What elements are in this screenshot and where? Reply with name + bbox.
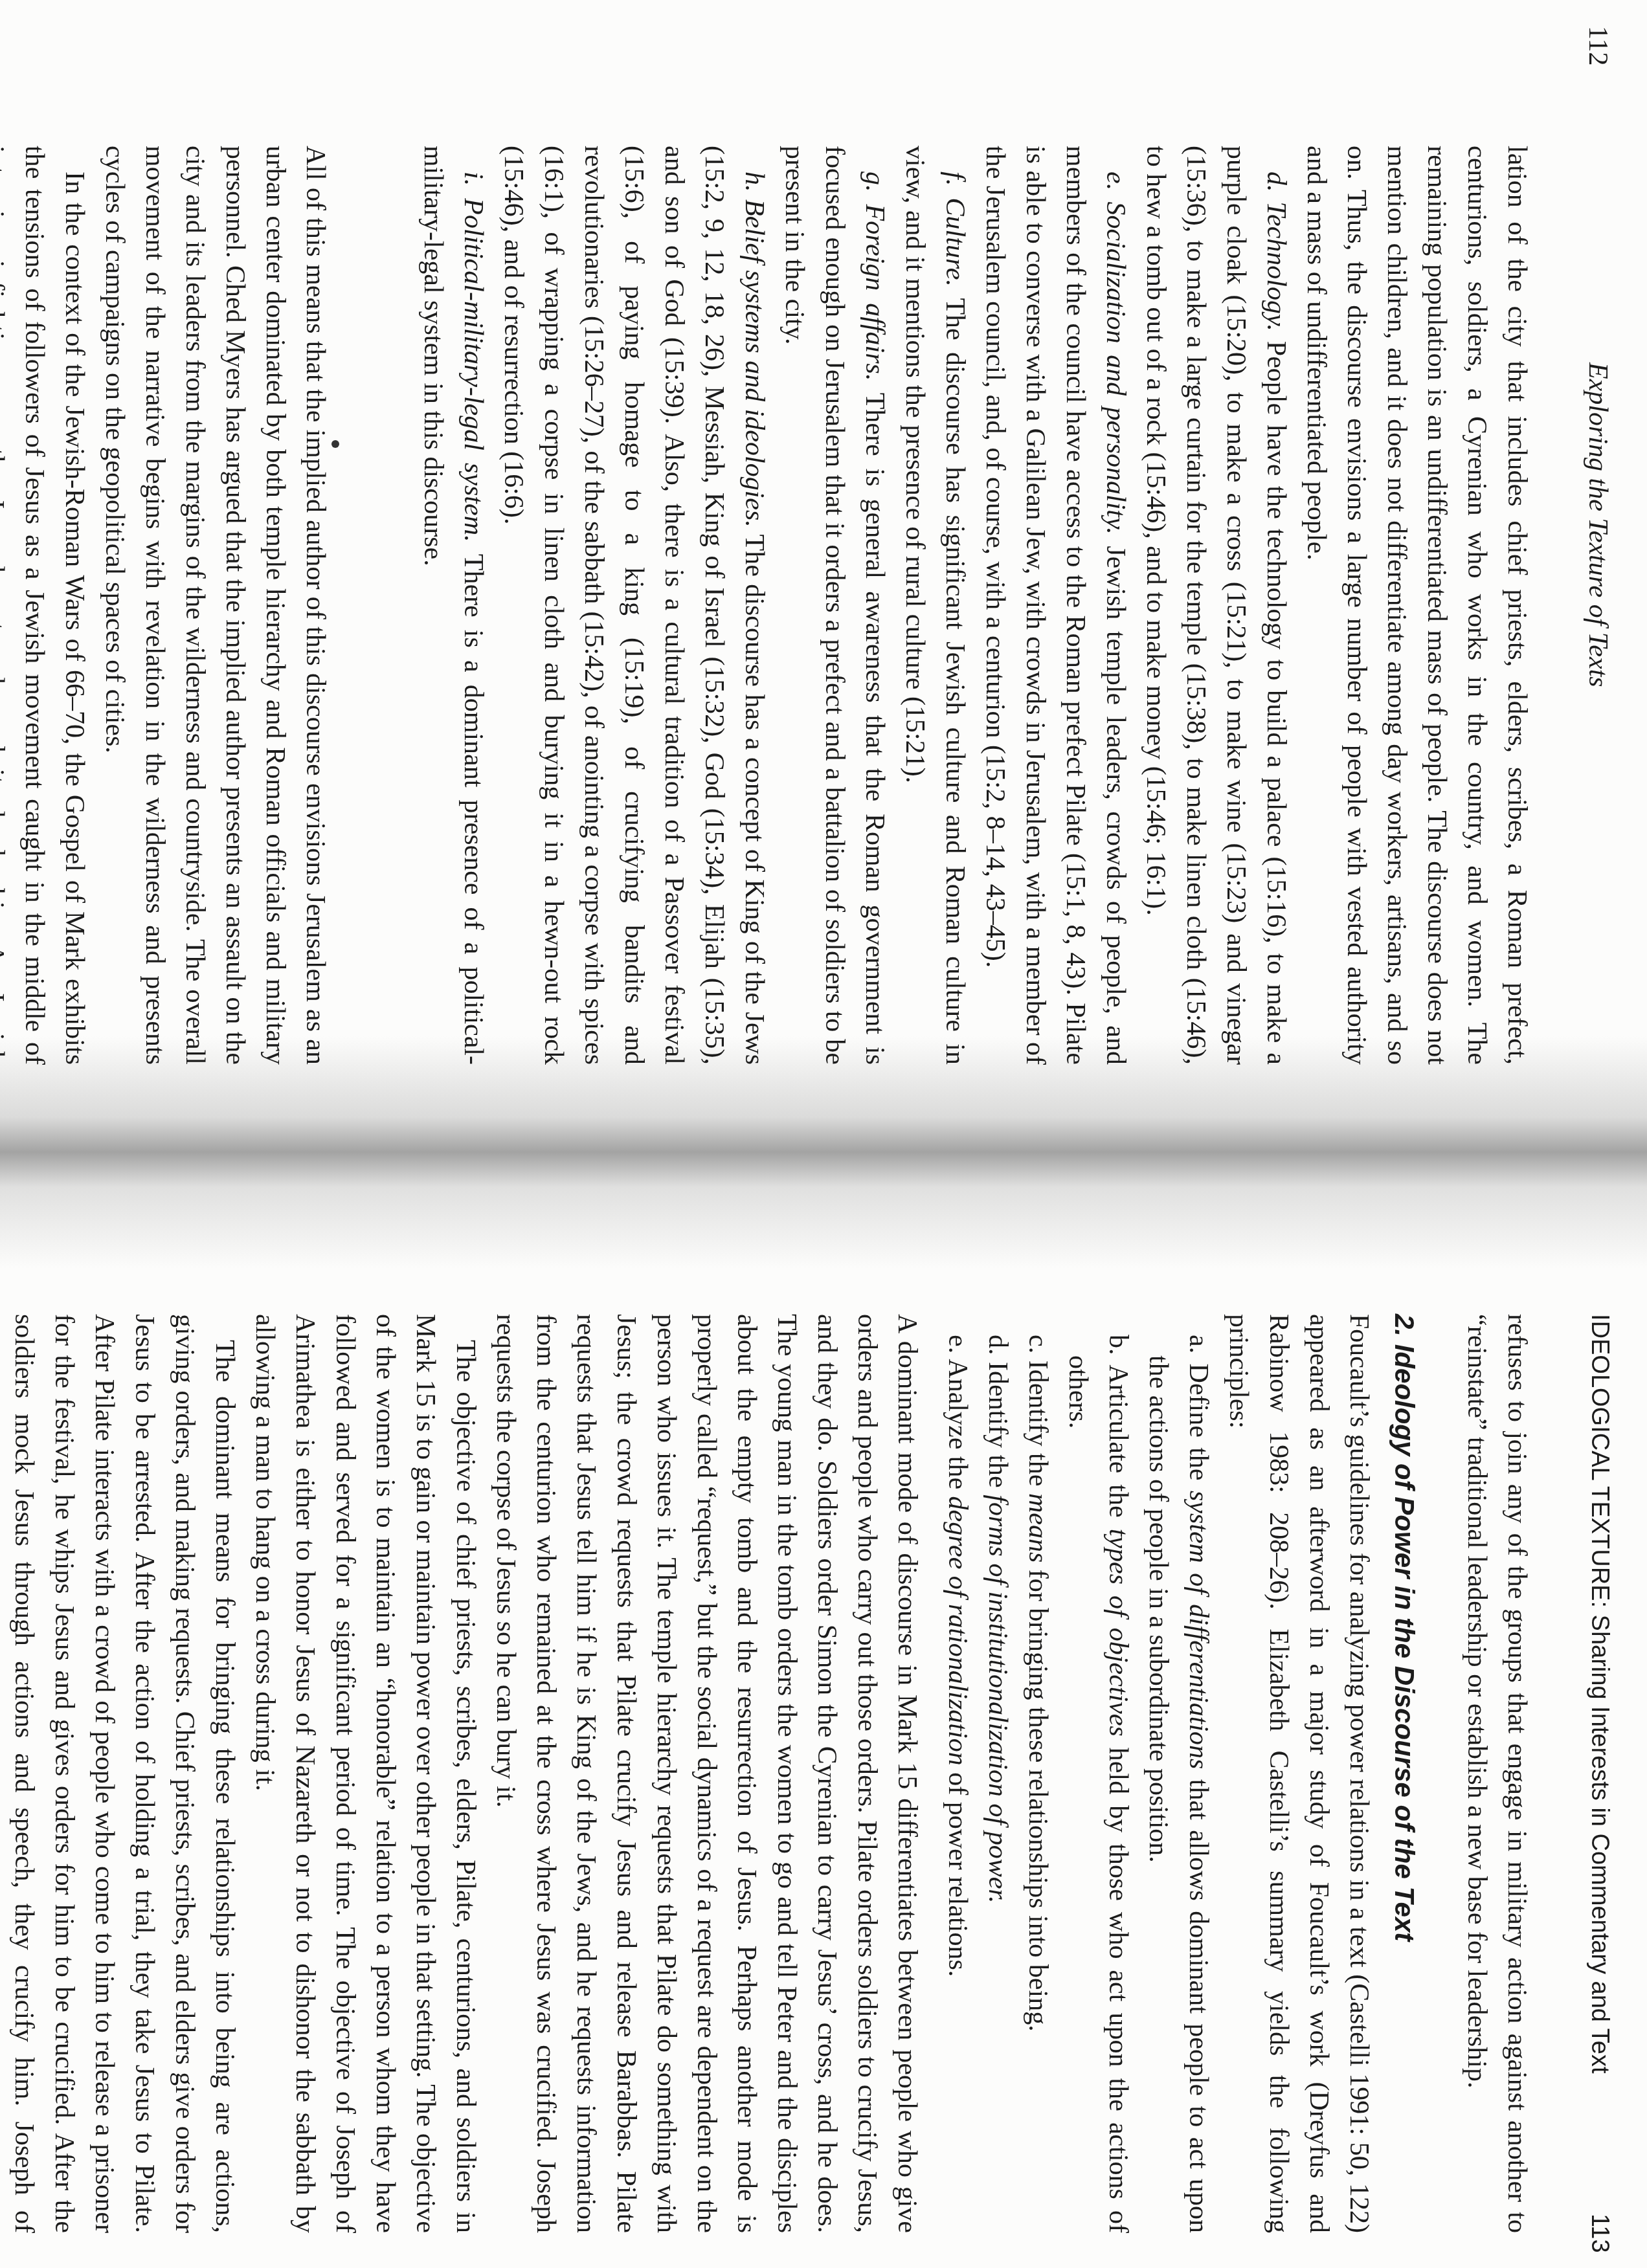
principles-list: a. Define the system of differentiations… xyxy=(937,1314,1218,2233)
item-text: Articulate the xyxy=(1103,1364,1133,1528)
item-emphasis: means xyxy=(1023,1493,1053,1562)
list-item-culture: f. Culture. The discourse has significan… xyxy=(895,146,975,1065)
item-text: of power relations. xyxy=(943,1766,972,1977)
paragraph: A dominant mode of discourse in Mark 15 … xyxy=(486,1314,927,2233)
item-emphasis: forms of institutionalization of power. xyxy=(983,1495,1013,1903)
principle-item: b. Articulate the types of objectives he… xyxy=(1058,1324,1138,2233)
book-spread: 112 Exploring the Texture of Texts latio… xyxy=(0,0,1647,2268)
paragraph: refuses to join any of the groups that e… xyxy=(1457,1314,1537,2233)
paragraph: The objective of chief priests, scribes,… xyxy=(245,1314,486,2233)
paragraph: In the context of the Jewish-Roman Wars … xyxy=(0,146,95,1065)
item-emphasis: degree of rationalization xyxy=(943,1496,972,1766)
item-text: Define the xyxy=(1183,1364,1213,1491)
item-text: Identify the xyxy=(983,1362,1013,1495)
item-label: g. Foreign affairs. xyxy=(860,172,890,381)
list-item-technology: d. Technology. People have the technolog… xyxy=(1136,146,1296,1065)
item-letter: d. xyxy=(983,1335,1013,1355)
item-label: h. Belief systems and ideologies. xyxy=(739,172,769,528)
list-item-political-system: i. Political-military-legal system. Ther… xyxy=(413,146,493,1065)
list-item-socialization: e. Socialization and personality. Jewish… xyxy=(975,146,1136,1065)
item-emphasis: types of objectives xyxy=(1103,1529,1133,1737)
left-page: 112 Exploring the Texture of Texts latio… xyxy=(0,0,1647,1113)
item-emphasis: system of differentiations xyxy=(1183,1491,1213,1770)
item-text: The discourse has a concept of King of t… xyxy=(499,146,769,1065)
paragraph: The dominant means for bringing these re… xyxy=(0,1314,245,2233)
list-item-foreign-affairs: g. Foreign affairs. There is general awa… xyxy=(774,146,895,1065)
paragraph: Foucault’s guidelines for analyzing powe… xyxy=(1218,1314,1379,2233)
item-label: f. Culture. xyxy=(940,172,970,287)
principle-item: a. Define the system of differentiations… xyxy=(1138,1324,1218,2233)
item-label: i. Political-military-legal system. xyxy=(458,172,488,542)
principle-item: c. Identify the means for bringing these… xyxy=(1018,1324,1058,2233)
section-heading: 2. Ideology of Power in the Discourse of… xyxy=(1384,1314,1424,2233)
section-break-dot xyxy=(331,440,339,448)
principle-item: d. Identify the forms of institutionaliz… xyxy=(978,1324,1018,2233)
list-item-belief-systems: h. Belief systems and ideologies. The di… xyxy=(493,146,774,1065)
item-text: Identify the xyxy=(1023,1361,1053,1493)
paragraph: lation of the city that includes chief p… xyxy=(1296,146,1537,1065)
left-page-body: lation of the city that includes chief p… xyxy=(0,146,1537,1065)
section-break xyxy=(335,146,413,1065)
item-letter: c. xyxy=(1023,1335,1053,1353)
page-number: 112 xyxy=(1582,26,1613,65)
right-page: IDEOLOGICAL TEXTURE: Sharing Interests i… xyxy=(0,1165,1647,2268)
paragraph: All of this means that the implied autho… xyxy=(95,146,335,1065)
running-title: IDEOLOGICAL TEXTURE: Sharing Interests i… xyxy=(1585,1314,1613,2074)
item-label: e. Socialization and personality. xyxy=(1101,172,1130,535)
principle-item: e. Analyze the degree of rationalization… xyxy=(937,1324,978,2233)
item-letter: a. xyxy=(1183,1335,1213,1353)
item-text: Analyze the xyxy=(943,1359,972,1496)
item-letter: b. xyxy=(1103,1335,1133,1355)
page-number: 113 xyxy=(1585,2214,1613,2253)
item-letter: e. xyxy=(943,1335,972,1353)
item-text: for bringing these relationships into be… xyxy=(1023,1562,1053,2031)
right-page-body: refuses to join any of the groups that e… xyxy=(0,1314,1537,2233)
running-title: Exploring the Texture of Texts xyxy=(1582,362,1613,687)
item-label: d. Technology. xyxy=(1261,172,1291,331)
